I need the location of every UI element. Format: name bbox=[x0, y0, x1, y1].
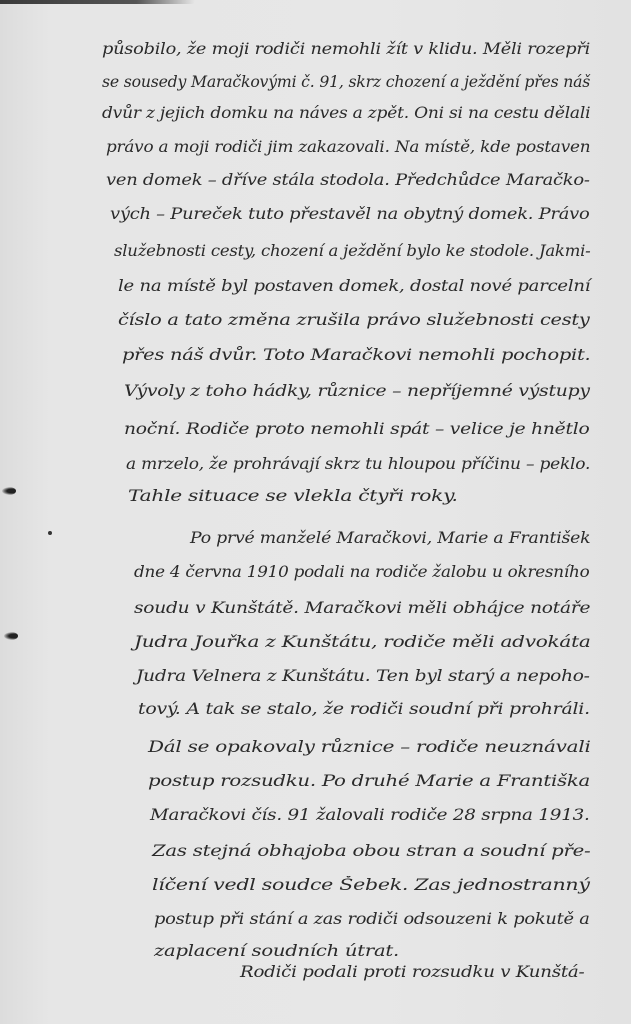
text-line: dne 4 června 1910 podali na rodiče žalob… bbox=[134, 563, 589, 581]
text-line: zaplacení soudních útrat. bbox=[154, 942, 399, 960]
text-line: číslo a tato změna zrušila právo služebn… bbox=[118, 311, 590, 329]
text-line: se sousedy Maračkovými č. 91, skrz choze… bbox=[102, 73, 590, 91]
binding-hole-top bbox=[2, 487, 16, 495]
binding-hole-bottom bbox=[4, 632, 18, 640]
text-line: Vývoly z toho hádky, různice – nepříjemn… bbox=[124, 382, 590, 400]
text-line: Dál se opakovaly různice – rodiče neuzná… bbox=[148, 738, 591, 756]
text-line: Po prvé manželé Maračkovi, Marie a Frant… bbox=[190, 529, 590, 547]
text-line: působilo, že moji rodiči nemohli žít v k… bbox=[102, 40, 590, 58]
text-line: Rodiči podali proti rozsudku v Kunštá- bbox=[240, 963, 584, 981]
text-line: vých – Pureček tuto přestavěl na obytný … bbox=[110, 205, 590, 223]
text-line: Judra Velnera z Kunštátu. Ten byl starý … bbox=[136, 667, 590, 685]
text-line: dvůr z jejich domku na náves a zpět. Oni… bbox=[102, 104, 590, 122]
text-line: le na místě byl postaven domek, dostal n… bbox=[118, 277, 590, 295]
ink-dot-mark bbox=[48, 531, 52, 535]
text-line: postup při stání a zas rodiči odsouzeni … bbox=[154, 910, 590, 928]
text-line: Zas stejná obhajoba obou stran a soudní … bbox=[152, 842, 590, 860]
text-line: právo a moji rodiči jim zakazovali. Na m… bbox=[106, 138, 590, 156]
text-line: služebnosti cesty, chození a ježdění byl… bbox=[114, 242, 591, 260]
manuscript-page: působilo, že moji rodiči nemohli žít v k… bbox=[0, 0, 631, 1024]
text-line: tový. A tak se stalo, že rodiči soudní p… bbox=[138, 700, 590, 718]
text-line: noční. Rodiče proto nemohli spát – velic… bbox=[124, 420, 589, 438]
text-line: Tahle situace se vlekla čtyři roky. bbox=[128, 487, 458, 505]
scan-top-edge bbox=[0, 0, 195, 4]
text-line: přes náš dvůr. Toto Maračkovi nemohli po… bbox=[122, 346, 590, 364]
text-line: ven domek – dříve stála stodola. Předchů… bbox=[106, 171, 590, 189]
text-line: postup rozsudku. Po druhé Marie a Franti… bbox=[148, 772, 590, 790]
text-line: líčení vedl soudce Šebek. Zas jednostran… bbox=[152, 876, 590, 894]
text-line: Judra Jouřka z Kunštátu, rodiče měli adv… bbox=[134, 633, 591, 651]
text-line: soudu v Kunštátě. Maračkovi měli obhájce… bbox=[134, 599, 590, 617]
text-line: Maračkovi čís. 91 žalovali rodiče 28 srp… bbox=[150, 806, 590, 824]
text-line: a mrzelo, že prohrávají skrz tu hloupou … bbox=[126, 455, 590, 473]
